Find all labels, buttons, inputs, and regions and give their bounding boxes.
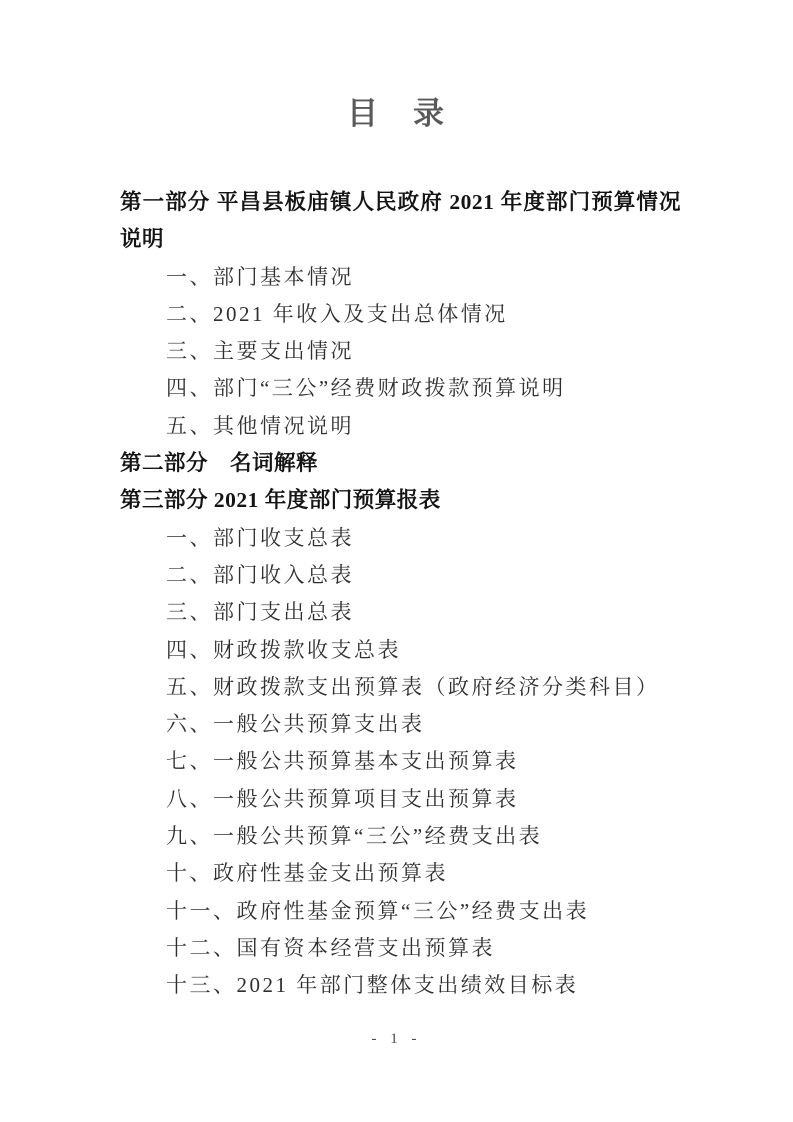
document-page: 目 录 第一部分 平昌县板庙镇人民政府 2021 年度部门预算情况说明 一、部门… [0, 0, 793, 1122]
toc-item: 六、一般公共预算支出表 [120, 706, 681, 743]
page-title: 目 录 [0, 92, 793, 136]
toc-item: 四、部门“三公”经费财政拨款预算说明 [120, 370, 681, 407]
toc-section-2-heading: 第二部分 名词解释 [120, 445, 681, 482]
toc-item: 七、一般公共预算基本支出预算表 [120, 743, 681, 780]
toc-item: 一、部门收支总表 [120, 520, 681, 557]
toc-item: 二、2021 年收入及支出总体情况 [120, 296, 681, 333]
toc-item: 八、一般公共预算项目支出预算表 [120, 781, 681, 818]
toc-item: 四、财政拨款收支总表 [120, 632, 681, 669]
toc-item: 十、政府性基金支出预算表 [120, 855, 681, 892]
toc-item: 九、一般公共预算“三公”经费支出表 [120, 818, 681, 855]
toc-item: 十一、政府性基金预算“三公”经费支出表 [120, 893, 681, 930]
page-number: - 1 - [0, 1028, 793, 1050]
toc-item: 三、主要支出情况 [120, 333, 681, 370]
toc-section-3-heading: 第三部分 2021 年度部门预算报表 [120, 482, 681, 519]
toc-item: 十二、国有资本经营支出预算表 [120, 930, 681, 967]
toc-item: 五、财政拨款支出预算表（政府经济分类科目） [120, 669, 681, 706]
table-of-contents: 第一部分 平昌县板庙镇人民政府 2021 年度部门预算情况说明 一、部门基本情况… [120, 184, 681, 1005]
toc-item: 十三、2021 年部门整体支出绩效目标表 [120, 967, 681, 1004]
toc-item: 三、部门支出总表 [120, 594, 681, 631]
toc-item: 一、部门基本情况 [120, 259, 681, 296]
toc-section-1-heading: 第一部分 平昌县板庙镇人民政府 2021 年度部门预算情况说明 [120, 184, 681, 259]
toc-item: 二、部门收入总表 [120, 557, 681, 594]
toc-item: 五、其他情况说明 [120, 408, 681, 445]
